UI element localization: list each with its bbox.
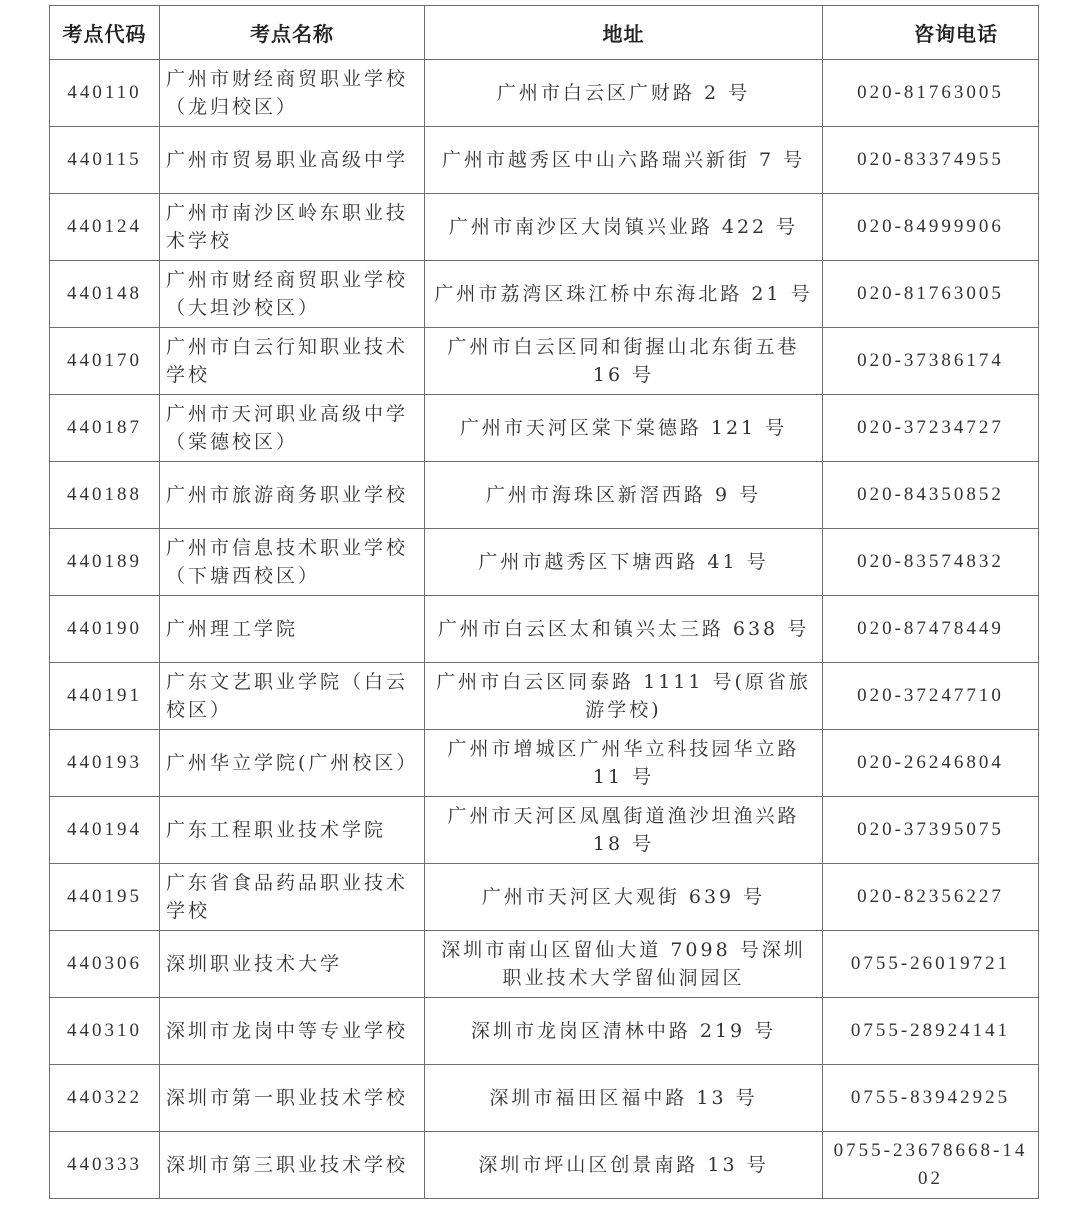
site-address: 广州市海珠区新滘西路 9 号 — [425, 462, 823, 529]
site-name: 广州市财经商贸职业学校（大坦沙校区） — [160, 261, 425, 328]
table-row: 440187 广州市天河职业高级中学（棠德校区） 广州市天河区棠下棠德路 121… — [50, 395, 1039, 462]
site-name: 广州理工学院 — [160, 596, 425, 663]
site-name: 广州市财经商贸职业学校（龙归校区） — [160, 60, 425, 127]
table-row: 440191 广东文艺职业学院（白云校区） 广州市白云区同泰路 1111 号(原… — [50, 663, 1039, 730]
site-code: 440188 — [50, 462, 160, 529]
site-code: 440115 — [50, 127, 160, 194]
site-phone: 020-87478449 — [823, 596, 1039, 663]
table-row: 440190 广州理工学院 广州市白云区太和镇兴太三路 638 号 020-87… — [50, 596, 1039, 663]
header-address: 地址 — [425, 6, 823, 60]
site-code: 440187 — [50, 395, 160, 462]
site-name: 深圳市龙岗中等专业学校 — [160, 998, 425, 1065]
site-phone: 020-84999906 — [823, 194, 1039, 261]
table-row: 440124 广州市南沙区岭东职业技术学校 广州市南沙区大岗镇兴业路 422 号… — [50, 194, 1039, 261]
site-address: 广州市增城区广州华立科技园华立路 11 号 — [425, 730, 823, 797]
site-name: 广东文艺职业学院（白云校区） — [160, 663, 425, 730]
table-row: 440195 广东省食品药品职业技术学校 广州市天河区大观街 639 号 020… — [50, 864, 1039, 931]
exam-site-table: 考点代码 考点名称 地址 咨询电话 440110 广州市财经商贸职业学校（龙归校… — [49, 5, 1039, 1199]
table-row: 440306 深圳职业技术大学 深圳市南山区留仙大道 7098 号深圳职业技术大… — [50, 931, 1039, 998]
site-address: 深圳市坪山区创景南路 13 号 — [425, 1132, 823, 1199]
site-name: 广州华立学院(广州校区） — [160, 730, 425, 797]
site-code: 440170 — [50, 328, 160, 395]
site-phone: 020-26246804 — [823, 730, 1039, 797]
site-name: 广州市南沙区岭东职业技术学校 — [160, 194, 425, 261]
site-name: 广州市信息技术职业学校（下塘西校区） — [160, 529, 425, 596]
site-address: 广州市白云区同和街握山北东街五巷 16 号 — [425, 328, 823, 395]
table-row: 440333 深圳市第三职业技术学校 深圳市坪山区创景南路 13 号 0755-… — [50, 1132, 1039, 1199]
site-address: 深圳市龙岗区清林中路 219 号 — [425, 998, 823, 1065]
table-row: 440148 广州市财经商贸职业学校（大坦沙校区） 广州市荔湾区珠江桥中东海北路… — [50, 261, 1039, 328]
site-address: 广州市天河区大观街 639 号 — [425, 864, 823, 931]
table-row: 440310 深圳市龙岗中等专业学校 深圳市龙岗区清林中路 219 号 0755… — [50, 998, 1039, 1065]
table-row: 440193 广州华立学院(广州校区） 广州市增城区广州华立科技园华立路 11 … — [50, 730, 1039, 797]
site-phone: 020-83574832 — [823, 529, 1039, 596]
site-phone: 020-81763005 — [823, 261, 1039, 328]
site-phone: 020-81763005 — [823, 60, 1039, 127]
site-name: 广州市白云行知职业技术学校 — [160, 328, 425, 395]
site-phone: 020-37395075 — [823, 797, 1039, 864]
site-phone: 0755-23678668-1402 — [823, 1132, 1039, 1199]
table-row: 440322 深圳市第一职业技术学校 深圳市福田区福中路 13 号 0755-8… — [50, 1065, 1039, 1132]
site-name: 深圳市第三职业技术学校 — [160, 1132, 425, 1199]
table-row: 440115 广州市贸易职业高级中学 广州市越秀区中山六路瑞兴新街 7 号 02… — [50, 127, 1039, 194]
site-code: 440194 — [50, 797, 160, 864]
site-phone: 0755-28924141 — [823, 998, 1039, 1065]
site-phone: 020-83374955 — [823, 127, 1039, 194]
site-address: 广州市荔湾区珠江桥中东海北路 21 号 — [425, 261, 823, 328]
site-address: 广州市天河区棠下棠德路 121 号 — [425, 395, 823, 462]
table-row: 440188 广州市旅游商务职业学校 广州市海珠区新滘西路 9 号 020-84… — [50, 462, 1039, 529]
site-phone: 0755-26019721 — [823, 931, 1039, 998]
table-row: 440194 广东工程职业技术学院 广州市天河区凤凰街道渔沙坦渔兴路 18 号 … — [50, 797, 1039, 864]
site-address: 广州市白云区太和镇兴太三路 638 号 — [425, 596, 823, 663]
site-phone: 020-82356227 — [823, 864, 1039, 931]
site-phone: 020-37247710 — [823, 663, 1039, 730]
site-address: 广州市白云区广财路 2 号 — [425, 60, 823, 127]
table-header-row: 考点代码 考点名称 地址 咨询电话 — [50, 6, 1039, 60]
site-name: 广东工程职业技术学院 — [160, 797, 425, 864]
header-name: 考点名称 — [160, 6, 425, 60]
site-code: 440333 — [50, 1132, 160, 1199]
site-address: 广州市越秀区中山六路瑞兴新街 7 号 — [425, 127, 823, 194]
site-code: 440310 — [50, 998, 160, 1065]
table-row: 440110 广州市财经商贸职业学校（龙归校区） 广州市白云区广财路 2 号 0… — [50, 60, 1039, 127]
site-phone: 020-37386174 — [823, 328, 1039, 395]
site-name: 广州市天河职业高级中学（棠德校区） — [160, 395, 425, 462]
site-address: 广州市白云区同泰路 1111 号(原省旅游学校) — [425, 663, 823, 730]
header-phone: 咨询电话 — [823, 6, 1039, 60]
table-row: 440189 广州市信息技术职业学校（下塘西校区） 广州市越秀区下塘西路 41 … — [50, 529, 1039, 596]
site-address: 广州市天河区凤凰街道渔沙坦渔兴路 18 号 — [425, 797, 823, 864]
site-code: 440193 — [50, 730, 160, 797]
site-name: 广州市贸易职业高级中学 — [160, 127, 425, 194]
site-name: 深圳职业技术大学 — [160, 931, 425, 998]
site-address: 深圳市南山区留仙大道 7098 号深圳职业技术大学留仙洞园区 — [425, 931, 823, 998]
site-name: 广州市旅游商务职业学校 — [160, 462, 425, 529]
site-code: 440195 — [50, 864, 160, 931]
site-phone: 0755-83942925 — [823, 1065, 1039, 1132]
site-address: 广州市南沙区大岗镇兴业路 422 号 — [425, 194, 823, 261]
site-name: 广东省食品药品职业技术学校 — [160, 864, 425, 931]
table-row: 440170 广州市白云行知职业技术学校 广州市白云区同和街握山北东街五巷 16… — [50, 328, 1039, 395]
site-name: 深圳市第一职业技术学校 — [160, 1065, 425, 1132]
site-address: 深圳市福田区福中路 13 号 — [425, 1065, 823, 1132]
site-code: 440110 — [50, 60, 160, 127]
site-code: 440190 — [50, 596, 160, 663]
site-code: 440124 — [50, 194, 160, 261]
site-address: 广州市越秀区下塘西路 41 号 — [425, 529, 823, 596]
site-code: 440148 — [50, 261, 160, 328]
header-code: 考点代码 — [50, 6, 160, 60]
site-code: 440306 — [50, 931, 160, 998]
site-code: 440191 — [50, 663, 160, 730]
site-phone: 020-84350852 — [823, 462, 1039, 529]
site-code: 440322 — [50, 1065, 160, 1132]
site-phone: 020-37234727 — [823, 395, 1039, 462]
site-code: 440189 — [50, 529, 160, 596]
